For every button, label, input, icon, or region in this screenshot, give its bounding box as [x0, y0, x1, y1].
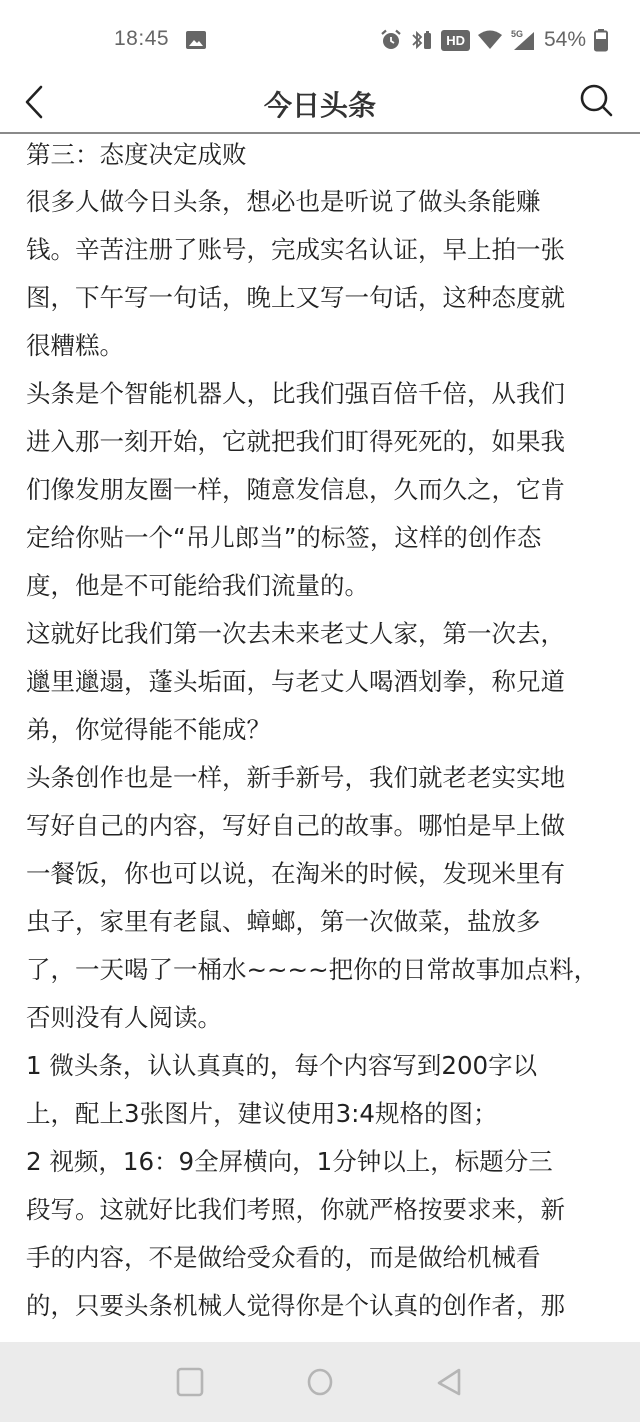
article-line: 定给你贴一个“吊儿郎当”的标签，这样的创作态	[26, 514, 614, 562]
article-line: 一餐饭，你也可以说，在淘米的时候，发现米里有	[26, 850, 614, 898]
home-icon	[305, 1367, 335, 1397]
article-line: 邋里邋遢，蓬头垢面，与老丈人喝酒划拳，称兄道	[26, 658, 614, 706]
article-line: 上，配上3张图片，建议使用3:4规格的图；	[26, 1090, 614, 1138]
article-line: 很糟糕。	[26, 322, 614, 370]
status-bar: 18:45 HD 5G 54%	[0, 0, 640, 80]
nav-back-button[interactable]	[434, 1366, 466, 1398]
article-line: 了，一天喝了一桶水~~~~把你的日常故事加点料，	[26, 946, 614, 994]
hd-icon: HD	[441, 30, 470, 51]
search-button[interactable]	[576, 80, 616, 120]
article-line: 写好自己的内容，写好自己的故事。哪怕是早上做	[26, 802, 614, 850]
gallery-icon	[186, 31, 206, 49]
article-line: 进入那一刻开始，它就把我们盯得死死的，如果我	[26, 418, 614, 466]
app-header: 今日头条	[0, 80, 640, 134]
article-line: 图，下午写一句话，晚上又写一句话，这种态度就	[26, 274, 614, 322]
article-line: 度，他是不可能给我们流量的。	[26, 562, 614, 610]
article-line: 1 微头条，认认真真的，每个内容写到200字以	[26, 1042, 614, 1090]
article-line: 手的内容，不是做给受众看的，而是做给机械看	[26, 1234, 614, 1282]
article-line: 的，只要头条机械人觉得你是个认真的创作者，那	[26, 1282, 614, 1330]
page-title: 今日头条	[0, 84, 640, 124]
recents-button[interactable]	[174, 1366, 206, 1398]
article-line: 这就好比我们第一次去未来老丈人家，第一次去，	[26, 610, 614, 658]
article-line: 弟，你觉得能不能成？	[26, 706, 614, 754]
article-heading: 第三：态度决定成败	[26, 136, 614, 178]
battery-percent: 54%	[544, 28, 586, 52]
svg-text:5G: 5G	[511, 29, 523, 39]
article-line: 很多人做今日头条，想必也是听说了做头条能赚	[26, 178, 614, 226]
back-triangle-icon	[435, 1367, 465, 1397]
article-line: 2 视频，16：9全屏横向，1分钟以上，标题分三	[26, 1138, 614, 1186]
status-icons: HD 5G 54%	[379, 25, 608, 55]
home-button[interactable]	[304, 1366, 336, 1398]
article-line: 钱。辛苦注册了账号，完成实名认证，早上拍一张	[26, 226, 614, 274]
battery-icon	[594, 28, 608, 52]
alarm-icon	[379, 28, 403, 52]
5g-signal-icon: 5G	[510, 28, 536, 52]
article-line: 否则没有人阅读。	[26, 994, 614, 1042]
article-line: 头条创作也是一样，新手新号，我们就老老实实地	[26, 754, 614, 802]
bluetooth-icon	[411, 28, 433, 52]
article-line: 头条是个智能机器人，比我们强百倍千倍，从我们	[26, 370, 614, 418]
recents-icon	[176, 1367, 204, 1397]
wifi-icon	[478, 30, 502, 50]
article-line: 们像发朋友圈一样，随意发信息，久而久之，它肯	[26, 466, 614, 514]
article-line: 虫子，家里有老鼠、蟑螂，第一次做菜，盐放多	[26, 898, 614, 946]
status-time: 18:45	[114, 27, 169, 51]
article-line: 段写。这就好比我们考照，你就严格按要求来，新	[26, 1186, 614, 1234]
search-icon	[578, 82, 614, 118]
system-nav-bar	[0, 1342, 640, 1422]
article-body: 第三：态度决定成败 很多人做今日头条，想必也是听说了做头条能赚 钱。辛苦注册了账…	[0, 136, 640, 1342]
